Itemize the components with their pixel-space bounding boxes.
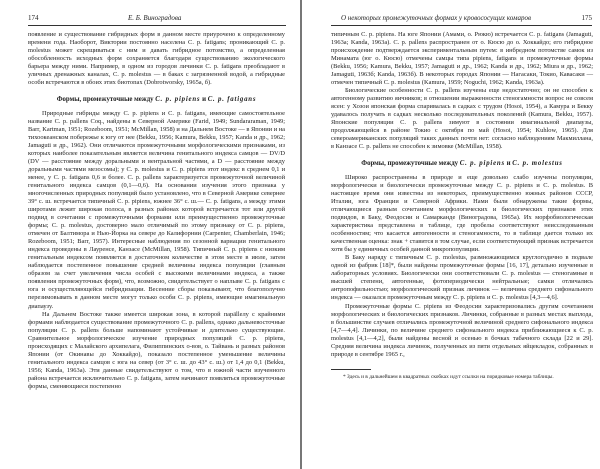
paragraph: Природные гибриды между C. p. pipiens и … [28,110,285,310]
header-rule [331,25,592,26]
left-page: 174 Е. Б. Виноградова появление и сущест… [0,0,300,469]
paragraph: Биологические особенности C. p. pallens … [331,87,593,151]
paragraph: появление и существование гибридных форм… [28,31,285,87]
section-heading: Формы, промежуточные между C. p. pipiens… [28,96,285,104]
paragraph: На Дальнем Востоке также имеется широкая… [28,311,285,391]
paragraph: типичным C. p. pipiens. На юге Японии (А… [331,31,593,87]
paragraph: В Баку наряду с типичным C. p. molestus,… [331,254,593,302]
section-heading: Формы, промежуточные между C. p. pipiens… [331,160,593,168]
running-title: О некоторых промежуточных формах у крово… [341,14,531,22]
header-rule [28,25,286,26]
running-title: Е. Б. Виноградова [128,14,181,22]
footnote-rule [331,369,371,370]
page-body: типичным C. p. pipiens. На юге Японии (А… [331,31,593,381]
footnote: * Здесь и в дальнейшем в квадратных скоб… [331,374,593,380]
paragraph: Широко распространены в природе и еще до… [331,174,593,254]
paragraph: Промежуточные формы C. pipiens из Феодос… [331,303,593,359]
page-number: 174 [28,14,39,22]
page-body: появление и существование гибридных форм… [28,31,285,391]
right-page: О некоторых промежуточных формах у крово… [301,0,600,469]
page-number: 175 [582,14,593,22]
